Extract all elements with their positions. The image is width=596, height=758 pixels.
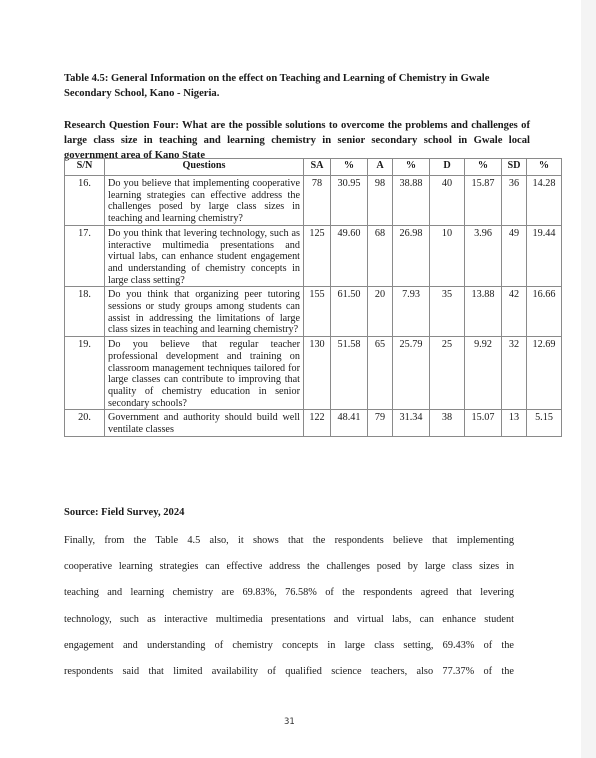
header-d-pct: % <box>465 159 502 176</box>
row-sn: 18. <box>65 287 105 337</box>
research-question: Research Question Four: What are the pos… <box>64 118 530 163</box>
row-sd-pct: 16.66 <box>527 287 562 337</box>
row-sd-pct: 19.44 <box>527 225 562 287</box>
body-paragraph: Finally, from the Table 4.5 also, it sho… <box>64 528 514 685</box>
row-sd: 13 <box>502 410 527 436</box>
row-d: 40 <box>430 176 465 226</box>
table-row: 18.Do you think that organizing peer tut… <box>65 287 562 337</box>
row-d-pct: 15.87 <box>465 176 502 226</box>
header-sn: S/N <box>65 159 105 176</box>
header-a: A <box>368 159 393 176</box>
row-question: Government and authority should build we… <box>105 410 304 436</box>
table-caption: Table 4.5: General Information on the ef… <box>64 71 534 101</box>
row-sd-pct: 5.15 <box>527 410 562 436</box>
row-a: 20 <box>368 287 393 337</box>
paragraph-line: Finally, from the Table 4.5 also, it sho… <box>64 528 514 554</box>
header-sd: SD <box>502 159 527 176</box>
header-a-pct: % <box>393 159 430 176</box>
results-table: S/N Questions SA % A % D % SD % 16.Do yo… <box>64 158 562 437</box>
row-a-pct: 38.88 <box>393 176 430 226</box>
row-d-pct: 9.92 <box>465 337 502 410</box>
table-row: 20.Government and authority should build… <box>65 410 562 436</box>
row-sd: 49 <box>502 225 527 287</box>
row-sa-pct: 51.58 <box>331 337 368 410</box>
row-question: Do you think that organizing peer tutori… <box>105 287 304 337</box>
table-row: 16.Do you believe that implementing coop… <box>65 176 562 226</box>
row-sa-pct: 61.50 <box>331 287 368 337</box>
row-d-pct: 13.88 <box>465 287 502 337</box>
row-sn: 16. <box>65 176 105 226</box>
row-sn: 19. <box>65 337 105 410</box>
row-sa-pct: 49.60 <box>331 225 368 287</box>
table-row: 17.Do you think that levering technology… <box>65 225 562 287</box>
row-sa: 155 <box>304 287 331 337</box>
row-sn: 20. <box>65 410 105 436</box>
row-sa: 122 <box>304 410 331 436</box>
row-a-pct: 31.34 <box>393 410 430 436</box>
paragraph-line: engagement and understanding of chemistr… <box>64 633 514 659</box>
page-number: 31 <box>284 717 295 727</box>
paragraph-line: teaching and learning chemistry are 69.8… <box>64 580 514 606</box>
row-sd-pct: 12.69 <box>527 337 562 410</box>
row-d: 10 <box>430 225 465 287</box>
header-sd-pct: % <box>527 159 562 176</box>
row-sd: 32 <box>502 337 527 410</box>
row-d: 25 <box>430 337 465 410</box>
row-sa-pct: 48.41 <box>331 410 368 436</box>
paragraph-line: cooperative learning strategies can effe… <box>64 554 514 580</box>
row-a: 68 <box>368 225 393 287</box>
row-d: 35 <box>430 287 465 337</box>
row-sd-pct: 14.28 <box>527 176 562 226</box>
row-d: 38 <box>430 410 465 436</box>
row-a: 79 <box>368 410 393 436</box>
document-page: Table 4.5: General Information on the ef… <box>0 0 581 758</box>
row-a: 65 <box>368 337 393 410</box>
row-question: Do you think that levering technology, s… <box>105 225 304 287</box>
row-sd: 42 <box>502 287 527 337</box>
row-d-pct: 15.07 <box>465 410 502 436</box>
row-a: 98 <box>368 176 393 226</box>
header-sa-pct: % <box>331 159 368 176</box>
row-sa: 130 <box>304 337 331 410</box>
row-sa: 125 <box>304 225 331 287</box>
row-d-pct: 3.96 <box>465 225 502 287</box>
row-a-pct: 25.79 <box>393 337 430 410</box>
table-row: 19.Do you believe that regular teacher p… <box>65 337 562 410</box>
row-a-pct: 26.98 <box>393 225 430 287</box>
row-sd: 36 <box>502 176 527 226</box>
header-questions: Questions <box>105 159 304 176</box>
row-question: Do you believe that regular teacher prof… <box>105 337 304 410</box>
row-question: Do you believe that implementing coopera… <box>105 176 304 226</box>
table-source: Source: Field Survey, 2024 <box>64 507 184 518</box>
table-header-row: S/N Questions SA % A % D % SD % <box>65 159 562 176</box>
header-d: D <box>430 159 465 176</box>
header-sa: SA <box>304 159 331 176</box>
paragraph-line: technology, such as interactive multimed… <box>64 607 514 633</box>
row-sa: 78 <box>304 176 331 226</box>
row-sn: 17. <box>65 225 105 287</box>
paragraph-line: respondents said that limited availabili… <box>64 659 514 685</box>
row-sa-pct: 30.95 <box>331 176 368 226</box>
row-a-pct: 7.93 <box>393 287 430 337</box>
